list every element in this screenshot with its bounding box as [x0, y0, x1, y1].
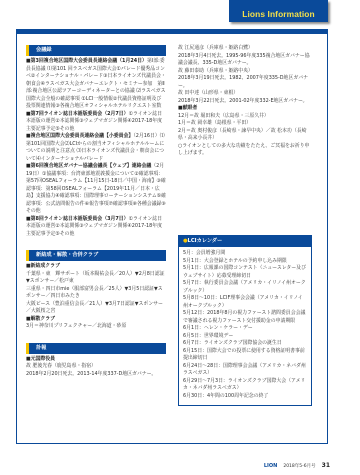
- paragraph-text: 12月＝故 堀田和夫（広島県・三原久井）: [178, 113, 269, 119]
- paragraph-text: 2018年3月22日死去。2001-02年度332-E地区ガバナー。: [178, 98, 308, 104]
- magazine-brand: LION: [264, 463, 277, 469]
- paragraph-text: 故 肥後光春（鹿児島県・指宿）: [26, 363, 96, 369]
- calendar-item: 5月7日：執行委員会会議（アメリカ・イリノイ州オークブルック）: [183, 280, 307, 295]
- paragraph: ■第7回ライオン誌日本語版委員会（2月7日）①ライオン誌日本語版の運営②本誌関係…: [26, 111, 166, 134]
- paragraph: ■複合地区国際大会委員長連絡会議【小委員会】（2月16日）⑴第101回国際大会⑵…: [26, 133, 166, 163]
- paragraph-heading: ■第3回複合地区国際大会委員長連絡会議（1月24日）: [26, 58, 147, 64]
- calendar-item: 5月1日：広報課の国際コンテスト（ニュースレター及びウェブサイト）応募受理締切日: [183, 265, 307, 280]
- paragraph-heading: ■解散クラブ: [26, 316, 55, 322]
- calendar-item: 6月5日：世界環境デー: [183, 333, 307, 341]
- calendar-list: 5月：会員増強月間5月1日：大会登録とホテルの予約申し込み期限5月1日：広報課の…: [179, 247, 311, 403]
- calendar-header: ●LCIカレンダー: [179, 236, 311, 247]
- paragraph: ■新結成クラブ: [26, 263, 166, 271]
- page-footer: LION 2018年5-6月号 31: [264, 462, 330, 469]
- paragraph: ■第6回複合地区ガバナー協議会議長【ウェブ】連絡会議（2月19日）①協議事項：台…: [26, 163, 166, 216]
- paragraph-text: （2月19日）①協議事項：台湾東部地震義援金について②確認事項：第57回OSEA…: [26, 163, 166, 214]
- calendar-item: 6月30日：4年間の100周年記念の終了: [183, 393, 307, 401]
- paragraph: ■解散クラブ: [26, 316, 166, 324]
- paragraph: ■献眼者: [178, 105, 312, 113]
- paragraph-heading: ■複合地区国際大会委員長連絡会議【小委員会】: [26, 133, 133, 139]
- paragraph-text: 故 田中達（山形県・東根）: [178, 90, 238, 96]
- calendar-item: 5月1日：大会登録とホテルの予約申し込み期限: [183, 258, 307, 266]
- calendar-item: 6月24日～28日：国際理事会会議（アメリカ・ネバダ州ラスベガス）: [183, 363, 307, 378]
- section-header-clubs: 新結成・解散・合併クラブ: [26, 250, 166, 261]
- paragraph-text: 2018年3月4日死去。1995-96年度335複合地区ガバナー協議会議長、33…: [178, 53, 310, 67]
- calendar-item: 6月7日：ライオンズクラブ国際協会の誕生日: [183, 340, 307, 348]
- paragraph-heading: ■第8回ライオン誌日本語版委員会（3月7日）: [26, 216, 129, 222]
- lci-calendar: ●LCIカレンダー 5月：会員増強月間5月1日：大会登録とホテルの予約申し込み期…: [178, 235, 312, 406]
- section-header-meetings: 会議録: [26, 45, 166, 56]
- paragraph-text: 千葉県・東 輝サポート（坂本陽祐会長／20人）▼2月8日認証▼スポンサー／松戸東: [26, 271, 164, 285]
- paragraph-text: 大阪ピース（豊泊重信会長／21人）▼3月7日認証▼スポンサー／大阪桜之宮: [26, 301, 163, 315]
- paragraph-text: 2018年2月20日死去。2013-14年度337-D地区ガバナー。: [26, 371, 156, 377]
- paragraph-text: 2月＝故 奥村俊彦（長崎県・諫早中央）／故 松本功（長崎県・高来小長井）: [178, 128, 307, 142]
- paragraph-text: 三重県・四日市mie（服部富男会長／25人）▼3月5日認証▼スポンサー／四日市み…: [26, 286, 163, 300]
- calendar-item: 6月29日～7月3日：ライオンズクラブ国際大会（アメリカ・ネバダ州ラスベガス）: [183, 378, 307, 393]
- calendar-item: 6月15日：国際大会での投票に使用する資格証明書事前提出締切日: [183, 348, 307, 363]
- calendar-item: 5月：会員増強月間: [183, 250, 307, 258]
- paragraph-heading: ■元国際役員: [26, 356, 55, 362]
- paragraph: ■元国際役員: [26, 356, 166, 364]
- paragraph: 2018年3月19日死去。1982、2007年度335-D地区ガバナー。: [178, 75, 312, 90]
- calendar-title: LCIカレンダー: [188, 238, 223, 244]
- paragraph: 故 江尻通彦（兵庫県・姫路白鷺）: [178, 45, 312, 53]
- paragraph-text: 3月＝神奈川プリフェクチャー／北海道・砂原: [26, 323, 126, 329]
- paragraph: 12月＝故 堀田和夫（広島県・三原久井）: [178, 113, 312, 121]
- paragraph-text: 1月＝故 岡幸雄（島根県・平田）: [178, 120, 251, 126]
- left-column: 会議録 ■第3回複合地区国際大会委員長連絡会議（1月24日）第Ⅰ部:委員長協議 …: [26, 45, 166, 378]
- issue-label: 2018年5-6月号: [283, 463, 315, 469]
- paragraph: 三重県・四日市mie（服部富男会長／25人）▼3月5日認証▼スポンサー／四日市み…: [26, 286, 166, 301]
- section-title: Lions Information: [242, 9, 314, 22]
- paragraph-heading: ■献眼者: [178, 105, 197, 111]
- paragraph-text: 2018年3月19日死去。1982、2007年度335-D地区ガバナー。: [178, 75, 308, 89]
- right-column: 故 江尻通彦（兵庫県・姫路白鷺）2018年3月4日死去。1995-96年度335…: [178, 45, 312, 158]
- paragraph: 1月＝故 岡幸雄（島根県・平田）: [178, 120, 312, 128]
- paragraph-heading: ■第6回複合地区ガバナー協議会議長【ウェブ】連絡会議: [26, 163, 151, 169]
- calendar-item: 5月8日～10日：LCIF理事会会議（アメリカ・イリノイ州オークブルック）: [183, 295, 307, 310]
- obituary-continued: 故 江尻通彦（兵庫県・姫路白鷺）2018年3月4日死去。1995-96年度335…: [178, 45, 312, 158]
- paragraph: ○ライオンとしての多大な功績をたたえ、ご冥福をお祈り申し上げます。: [178, 143, 312, 158]
- meetings-body: ■第3回複合地区国際大会委員長連絡会議（1月24日）第Ⅰ部:委員長協議 ⑴第10…: [26, 58, 166, 238]
- section-header-obituary: 訃報: [26, 343, 166, 354]
- paragraph: 2018年3月4日死去。1995-96年度335複合地区ガバナー協議会議長、33…: [178, 53, 312, 68]
- page-number: 31: [322, 462, 330, 469]
- paragraph: 故 田中達（山形県・東根）: [178, 90, 312, 98]
- paragraph: 故 肥後光春（鹿児島県・指宿）: [26, 363, 166, 371]
- paragraph: ■第3回複合地区国際大会委員長連絡会議（1月24日）第Ⅰ部:委員長協議 ⑴第10…: [26, 58, 166, 111]
- paragraph: 千葉県・東 輝サポート（坂本陽祐会長／20人）▼2月8日認証▼スポンサー／松戸東: [26, 271, 166, 286]
- paragraph: 2018年3月22日死去。2001-02年度332-E地区ガバナー。: [178, 98, 312, 106]
- paragraph: ■第8回ライオン誌日本語版委員会（3月7日）①ライオン誌日本語版の運営②本誌関係…: [26, 216, 166, 239]
- paragraph-text: 故 江尻通彦（兵庫県・姫路白鷺）: [178, 45, 253, 51]
- paragraph: 2月＝故 奥村俊彦（長崎県・諫早中央）／故 松本功（長崎県・高来小長井）: [178, 128, 312, 143]
- section-header-tab: Lions Information: [229, 0, 328, 22]
- obituary-body: ■元国際役員故 肥後光春（鹿児島県・指宿）2018年2月20日死去。2013-1…: [26, 356, 166, 379]
- paragraph: 故 藤田泰助（兵庫県・姫路中央）: [178, 68, 312, 76]
- paragraph-text: 故 藤田泰助（兵庫県・姫路中央）: [178, 68, 253, 74]
- paragraph-heading: ■第7回ライオン誌日本語版委員会（2月7日）: [26, 111, 129, 117]
- paragraph-text: 第Ⅰ部:委員長協議 ⑴第101 回ラスベガス国際大会①パレード優秀品コンペ②イン…: [26, 58, 166, 109]
- paragraph-text: ○ライオンとしての多大な功績をたたえ、ご冥福をお祈り申し上げます。: [178, 143, 309, 157]
- paragraph: 大阪ピース（豊泊重信会長／21人）▼3月7日認証▼スポンサー／大阪桜之宮: [26, 301, 166, 316]
- clubs-body: ■新結成クラブ千葉県・東 輝サポート（坂本陽祐会長／20人）▼2月8日認証▼スポ…: [26, 263, 166, 331]
- paragraph-heading: ■新結成クラブ: [26, 263, 60, 269]
- paragraph: 3月＝神奈川プリフェクチャー／北海道・砂原: [26, 323, 166, 331]
- paragraph: 2018年2月20日死去。2013-14年度337-D地区ガバナー。: [26, 371, 166, 379]
- calendar-item: 5月12日：2018年8月の視力ファースト諮問委員会会議で審議される視力ファース…: [183, 310, 307, 325]
- calendar-item: 6月1日：ヘレン・ケラー・デー: [183, 325, 307, 333]
